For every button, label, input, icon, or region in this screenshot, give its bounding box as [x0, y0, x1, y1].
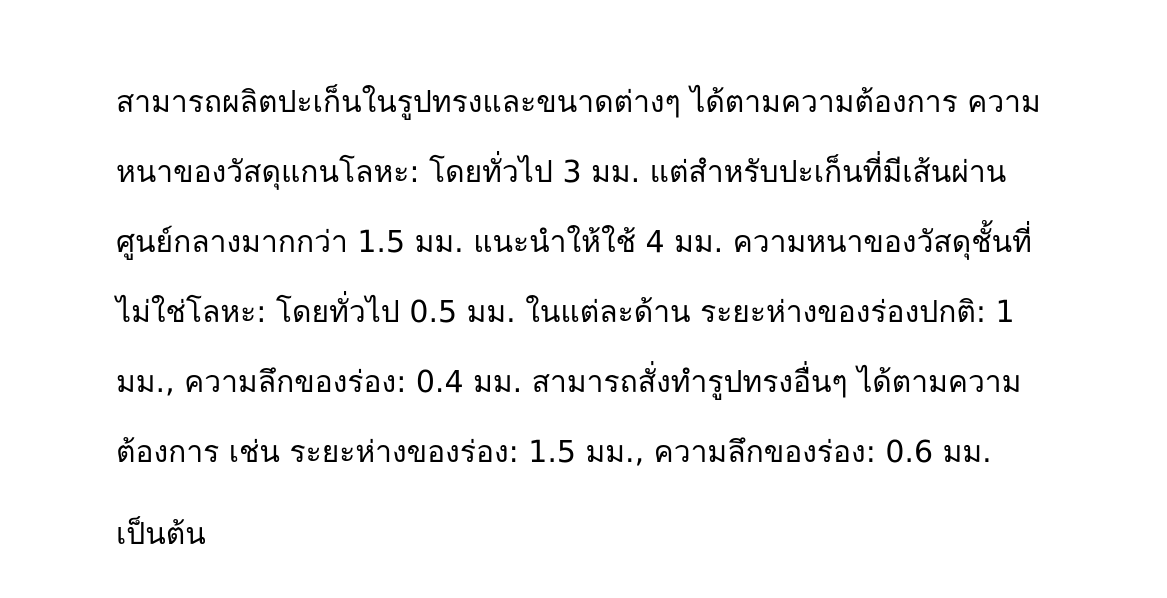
text-line-4: ไม่ใช่โลหะ: โดยทั่วไป 0.5 มม. ในแต่ละด้า…	[116, 278, 1116, 348]
text-line-7: เป็นต้น	[116, 500, 1116, 570]
text-line-5: มม., ความลึกของร่อง: 0.4 มม. สามารถสั่งท…	[116, 348, 1116, 418]
text-line-6: ต้องการ เช่น ระยะห่างของร่อง: 1.5 มม., ค…	[116, 418, 1116, 488]
text-line-3: ศูนย์กลางมากกว่า 1.5 มม. แนะนำให้ใช้ 4 ม…	[116, 208, 1116, 278]
paragraph: สามารถผลิตปะเก็นในรูปทรงและขนาดต่างๆ ได้…	[116, 68, 1116, 570]
text-line-2: หนาของวัสดุแกนโลหะ: โดยทั่วไป 3 มม. แต่ส…	[116, 138, 1116, 208]
text-line-1: สามารถผลิตปะเก็นในรูปทรงและขนาดต่างๆ ได้…	[116, 68, 1116, 138]
document-body: สามารถผลิตปะเก็นในรูปทรงและขนาดต่างๆ ได้…	[116, 68, 1116, 570]
